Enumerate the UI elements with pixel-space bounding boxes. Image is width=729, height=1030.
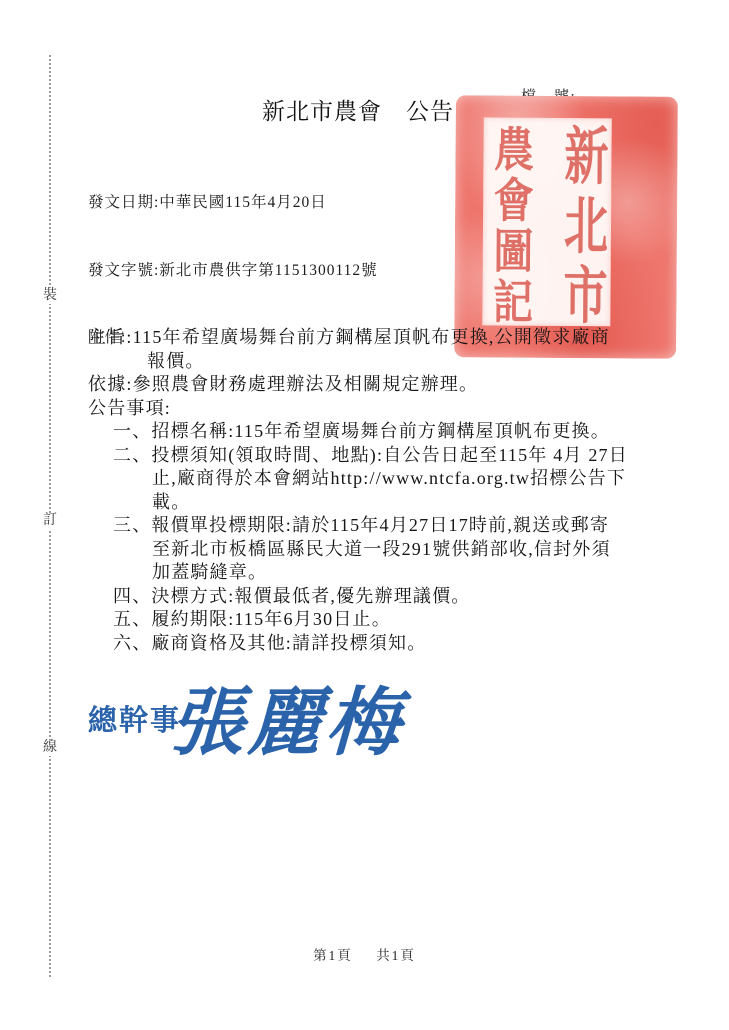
document-page: 裝 訂 線 檔 號: 保存年限: 新北市農會 公告 新北市 農會圖記 發文日期:… <box>0 0 729 1030</box>
seal-text-right-column: 新北市 <box>558 123 603 332</box>
signature-title: 總幹事 <box>88 698 181 739</box>
body-line: 二、投標須知(領取時間、地點):自公告日起至115年 4月 27日 <box>88 444 688 468</box>
body-line: 五、履約期限:115年6月30日止。 <box>88 608 688 632</box>
body-line: 四、決標方式:報價最低者,優先辦理議價。 <box>88 585 688 609</box>
doc-number: 發文字號:新北市農供字第1151300112號 <box>88 260 378 283</box>
current-page-label: 第1頁 <box>313 948 353 963</box>
body-line: 加蓋騎縫章。 <box>88 561 688 585</box>
issue-date: 發文日期:中華民國115年4月20日 <box>88 192 378 215</box>
page-footer: 第1頁 共1頁 <box>0 944 729 964</box>
body-line: 報價。 <box>88 350 688 374</box>
binding-mark-xian: 線 <box>41 740 59 756</box>
body-line: 六、廠商資格及其他:請詳投標須知。 <box>88 632 688 656</box>
body-line: 止,廠商得於本會網站http://www.ntcfa.org.tw招標公告下 <box>88 467 688 491</box>
total-pages-label: 共1頁 <box>376 948 416 963</box>
signature-name: 張麗梅 <box>168 664 406 770</box>
seal-text-left-column: 農會圖記 <box>489 124 530 327</box>
page-title: 新北市農會 公告 <box>262 93 454 126</box>
body-line: 至新北市板橋區縣民大道一段291號供銷部收,信封外須 <box>88 538 688 562</box>
body-lines: 主旨:115年希望廣場舞台前方鋼構屋頂帆布更換,公開徵求廠商報價。依據:參照農會… <box>88 326 688 655</box>
body-line: 公告事項: <box>88 397 688 421</box>
binding-mark-ding: 訂 <box>41 513 59 529</box>
body-line: 三、報價單投標期限:請於115年4月27日17時前,親送或郵寄 <box>88 514 688 538</box>
body-line: 依據:參照農會財務處理辦法及相關規定辦理。 <box>88 373 688 397</box>
official-seal-inner: 新北市 農會圖記 <box>482 117 611 326</box>
body-line: 主旨:115年希望廣場舞台前方鋼構屋頂帆布更換,公開徵求廠商 <box>88 326 688 350</box>
binding-mark-zhuang: 裝 <box>41 288 59 304</box>
body-line: 一、招標名稱:115年希望廣場舞台前方鋼構屋頂帆布更換。 <box>88 420 688 444</box>
official-seal: 新北市 農會圖記 <box>454 95 678 359</box>
body-line: 載。 <box>88 491 688 515</box>
